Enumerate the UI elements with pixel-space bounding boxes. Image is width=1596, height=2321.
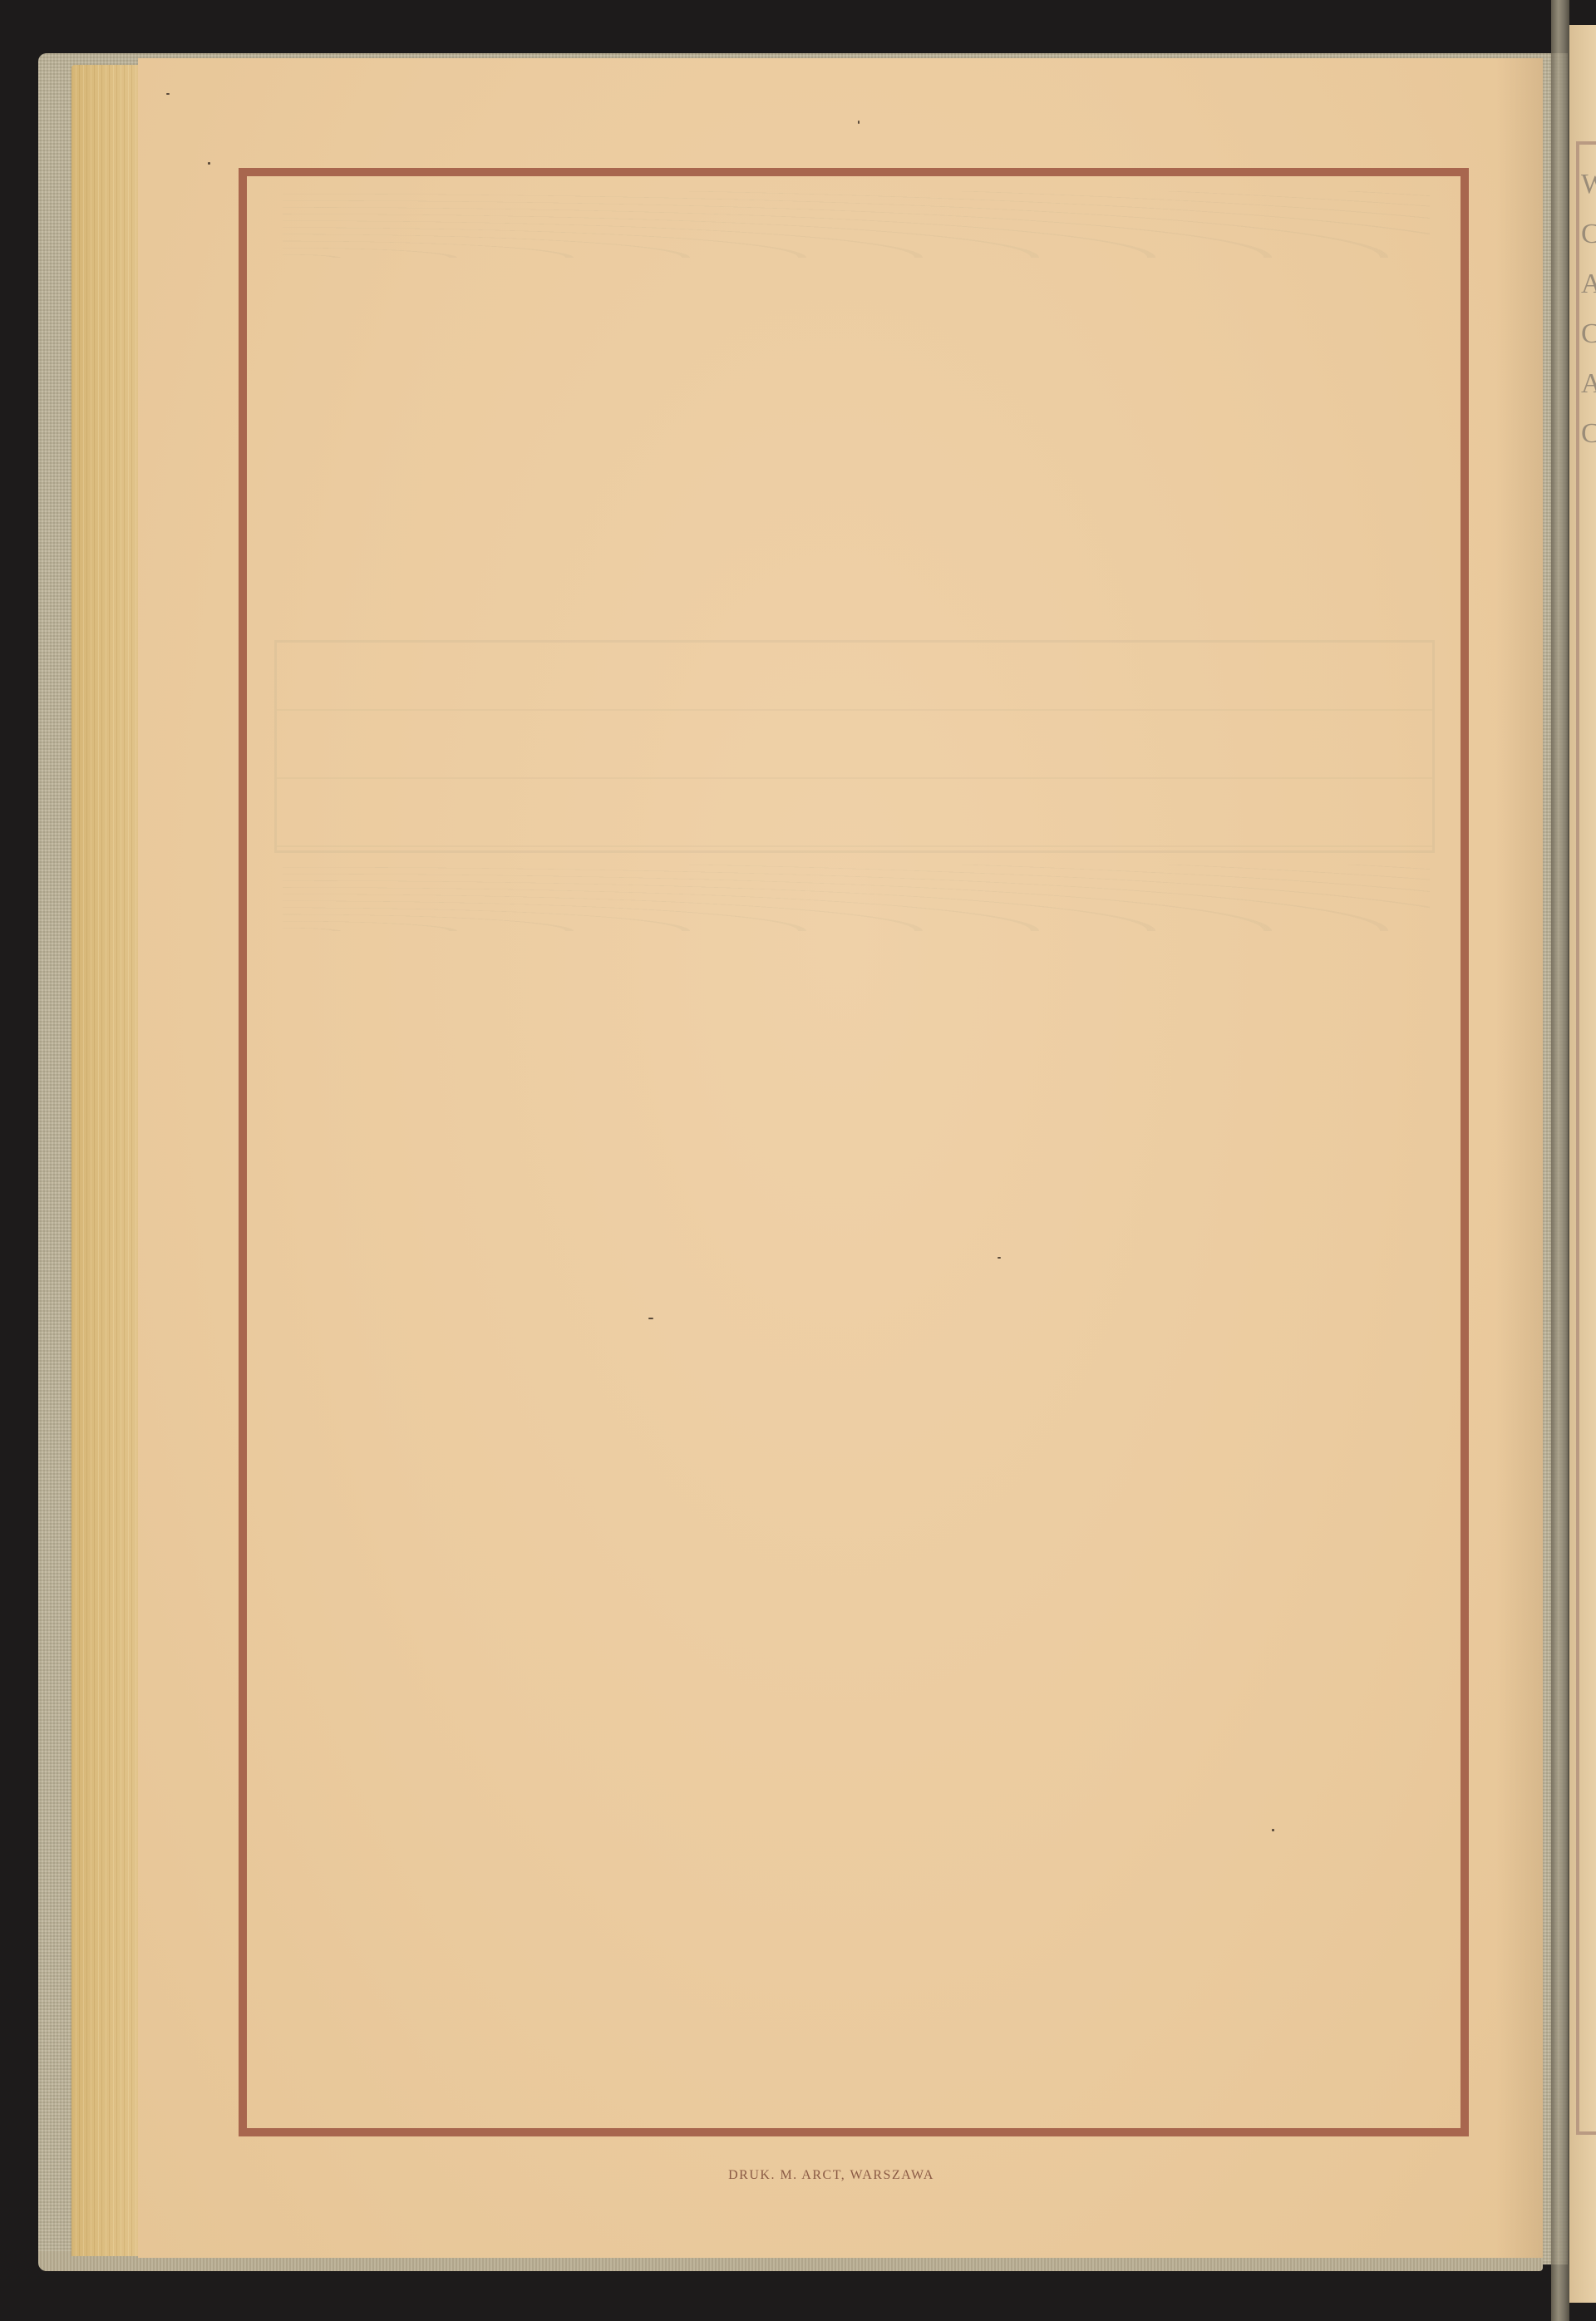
scanner-glass-edge	[1551, 0, 1569, 2321]
paper-speck	[648, 1318, 653, 1319]
page-border-frame	[239, 168, 1469, 2136]
facing-page-ornament: A	[1581, 370, 1596, 398]
paper-speck	[1272, 1829, 1274, 1831]
page-edges-block	[71, 65, 146, 2256]
facing-page-ornament: C	[1581, 320, 1596, 348]
printer-imprint: DRUK. M. ARCT, WARSZAWA	[0, 2168, 1596, 2183]
facing-page-ornament: C	[1581, 420, 1596, 448]
paper-speck	[208, 162, 210, 165]
facing-page-ornament: W	[1581, 170, 1596, 199]
facing-page-ornament: C	[1581, 220, 1596, 249]
paper-speck	[166, 93, 170, 95]
paper-speck	[858, 121, 860, 124]
facing-page-ornament: A	[1581, 270, 1596, 298]
paper-speck	[997, 1257, 1001, 1259]
page-gutter-shadow	[1496, 58, 1543, 2258]
